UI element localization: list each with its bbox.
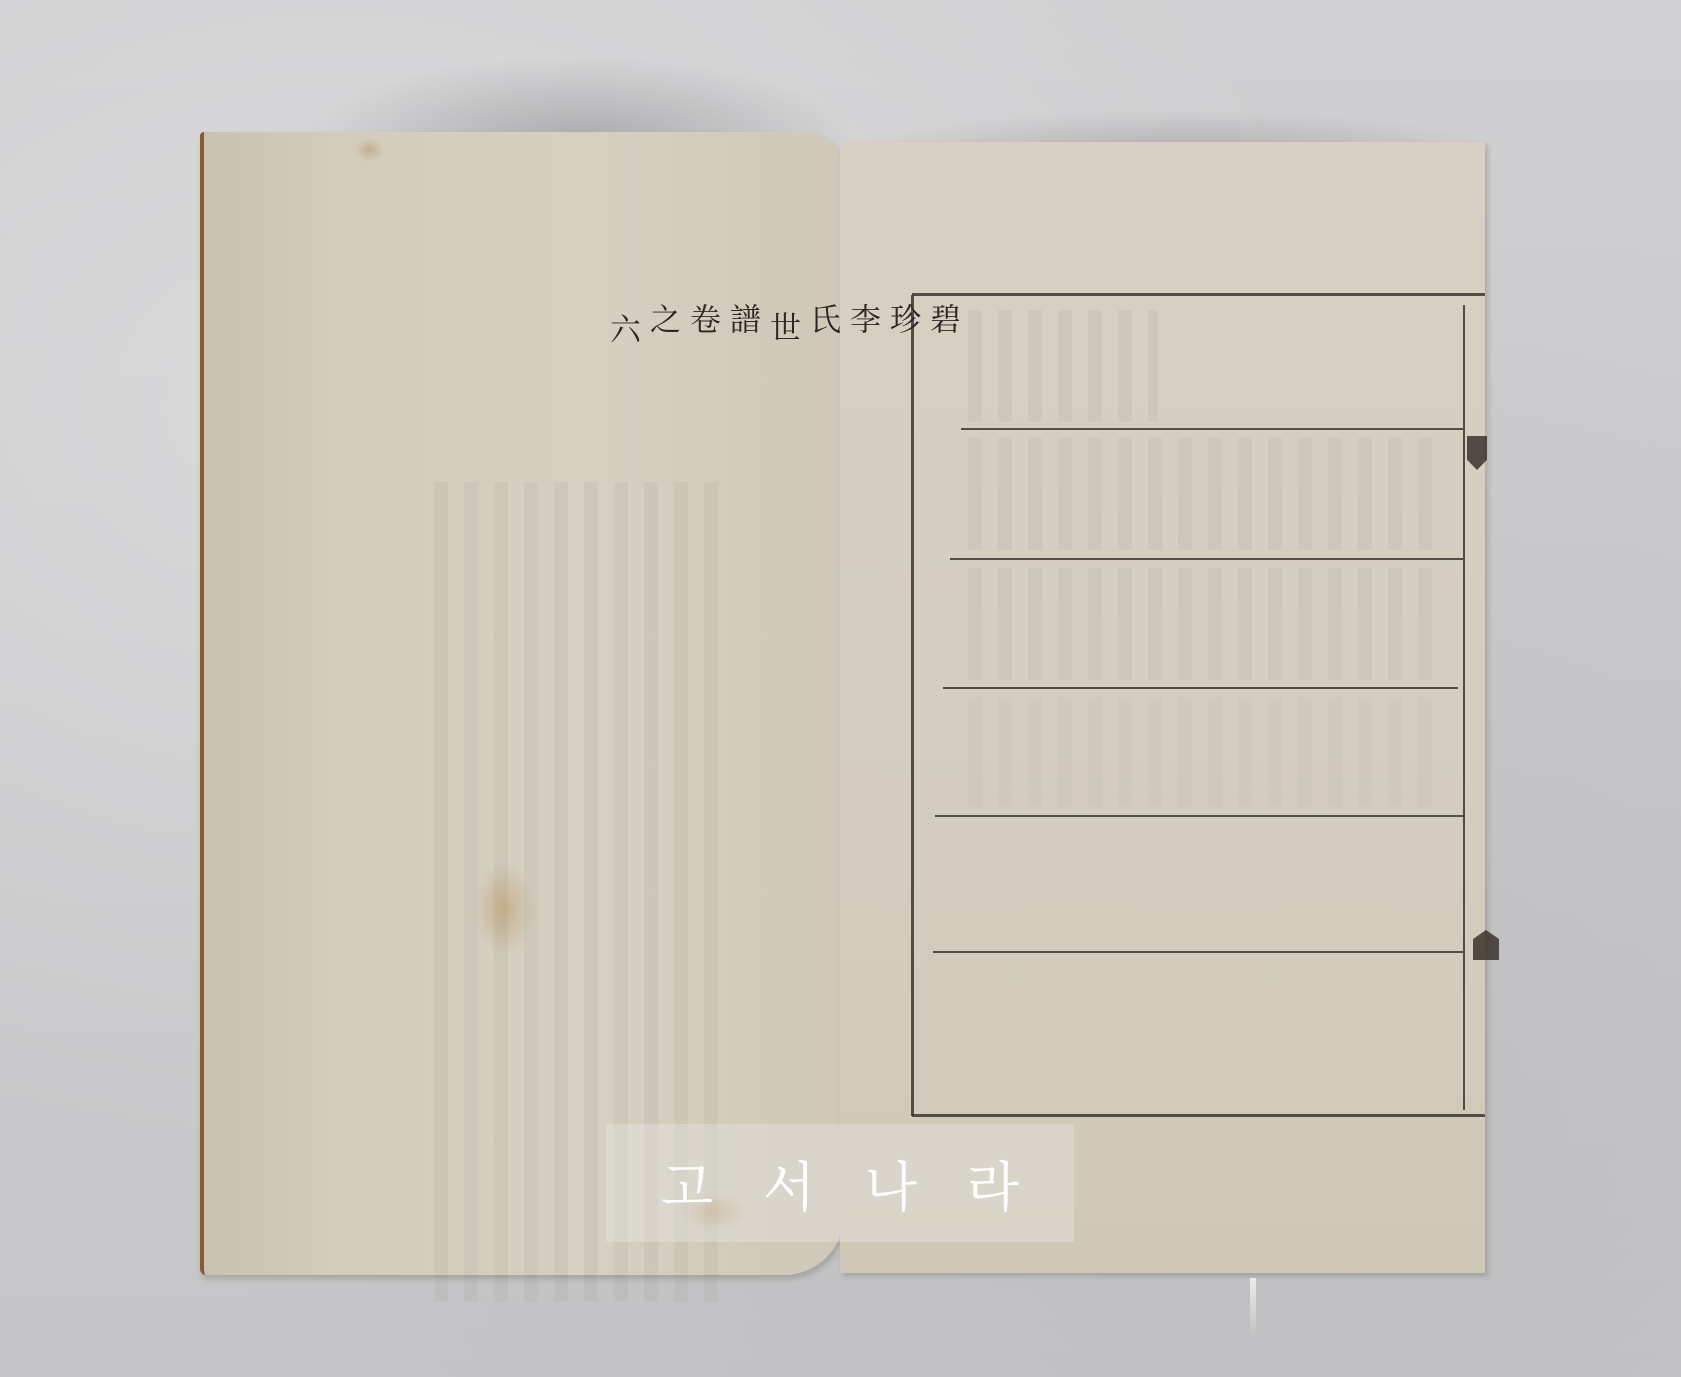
title-char: 碧 <box>922 303 962 346</box>
title-char: 珍 <box>882 303 922 346</box>
paper-fiber-strand <box>1250 1278 1256 1338</box>
grid-divider-5 <box>933 951 1463 953</box>
title-char: 譜 <box>722 303 762 346</box>
frame-left-border <box>911 295 914 1116</box>
frame-top-border <box>912 293 1485 296</box>
spot-stain <box>354 138 384 162</box>
book-title: 碧 珍 李 氏 世 譜 卷 之 六 <box>922 303 962 346</box>
faint-entries-row3 <box>968 568 1448 680</box>
title-char: 六 <box>602 313 642 346</box>
grid-divider-1 <box>961 428 1463 430</box>
watermark-char: 나 <box>865 1145 917 1222</box>
faint-entries-row1 <box>968 310 1158 422</box>
faint-entries-row2 <box>968 438 1448 550</box>
watermark-char: 서 <box>763 1145 815 1222</box>
grid-divider-2 <box>950 558 1463 560</box>
grid-divider-3 <box>943 687 1458 689</box>
watermark-char: 라 <box>967 1145 1019 1222</box>
watermark-char: 고 <box>661 1145 713 1222</box>
frame-bottom-border <box>912 1114 1485 1117</box>
faint-entries-row4 <box>968 697 1448 807</box>
title-char: 之 <box>642 303 682 346</box>
water-stain <box>474 862 534 957</box>
title-char: 李 <box>842 303 882 346</box>
title-char: 氏 <box>802 303 842 346</box>
title-char: 卷 <box>682 303 722 346</box>
grid-divider-4 <box>935 815 1465 817</box>
frame-inner-right-border <box>1463 305 1465 1110</box>
watermark: 고 서 나 라 <box>606 1124 1074 1242</box>
title-char: 世 <box>762 311 802 346</box>
